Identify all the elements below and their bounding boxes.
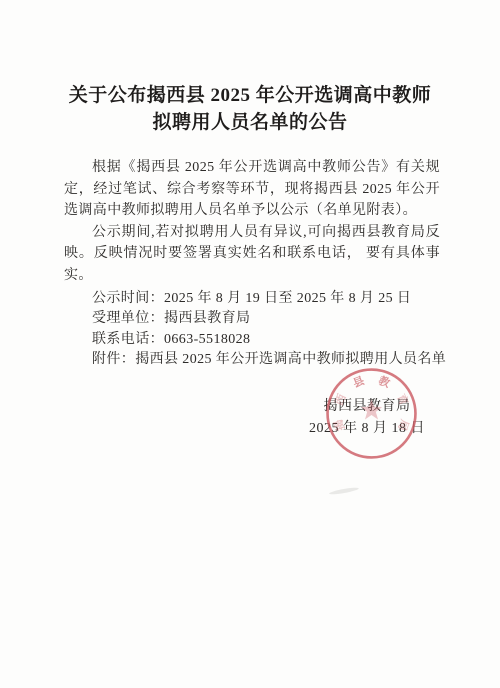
paragraph-objection: 公示期间,若对拟聘用人员有异议,可向揭西县教育局反映。反映情况时要签署真实姓名和…	[64, 222, 440, 287]
document-title-line2: 拟聘用人员名单的公告	[0, 109, 500, 136]
scan-smudge-mark	[329, 486, 359, 495]
document-body: 根据《揭西县 2025 年公开选调高中教师公告》有关规定，经过笔试、综合考察等环…	[64, 157, 440, 370]
info-line-contact-phone: 联系电话：0663-5518028	[64, 330, 440, 350]
info-lines: 公示时间：2025 年 8 月 19 日至 2025 年 8 月 25 日 受理…	[64, 289, 440, 370]
seal-arc-char-3: 县	[351, 373, 367, 390]
document-title-line1: 关于公布揭西县 2025 年公开选调高中教师	[0, 82, 500, 109]
signature-block: 揭西县教育局 2025 年 8 月 18 日	[276, 396, 458, 439]
paragraph-basis: 根据《揭西县 2025 年公开选调高中教师公告》有关规定，经过笔试、综合考察等环…	[64, 157, 440, 222]
info-line-attachment: 附件：揭西县 2025 年公开选调高中教师拟聘用人员名单	[64, 350, 440, 370]
signature-date: 2025 年 8 月 18 日	[276, 418, 458, 440]
info-line-accepting-unit: 受理单位：揭西县教育局	[64, 309, 440, 329]
info-line-publicity-period: 公示时间：2025 年 8 月 19 日至 2025 年 8 月 25 日	[64, 289, 440, 309]
signature-organization: 揭西县教育局	[276, 396, 458, 418]
document-title: 关于公布揭西县 2025 年公开选调高中教师 拟聘用人员名单的公告	[0, 82, 500, 136]
seal-arc-char-4: 教	[376, 373, 393, 391]
announcement-document: 关于公布揭西县 2025 年公开选调高中教师 拟聘用人员名单的公告 根据《揭西县…	[0, 0, 500, 688]
